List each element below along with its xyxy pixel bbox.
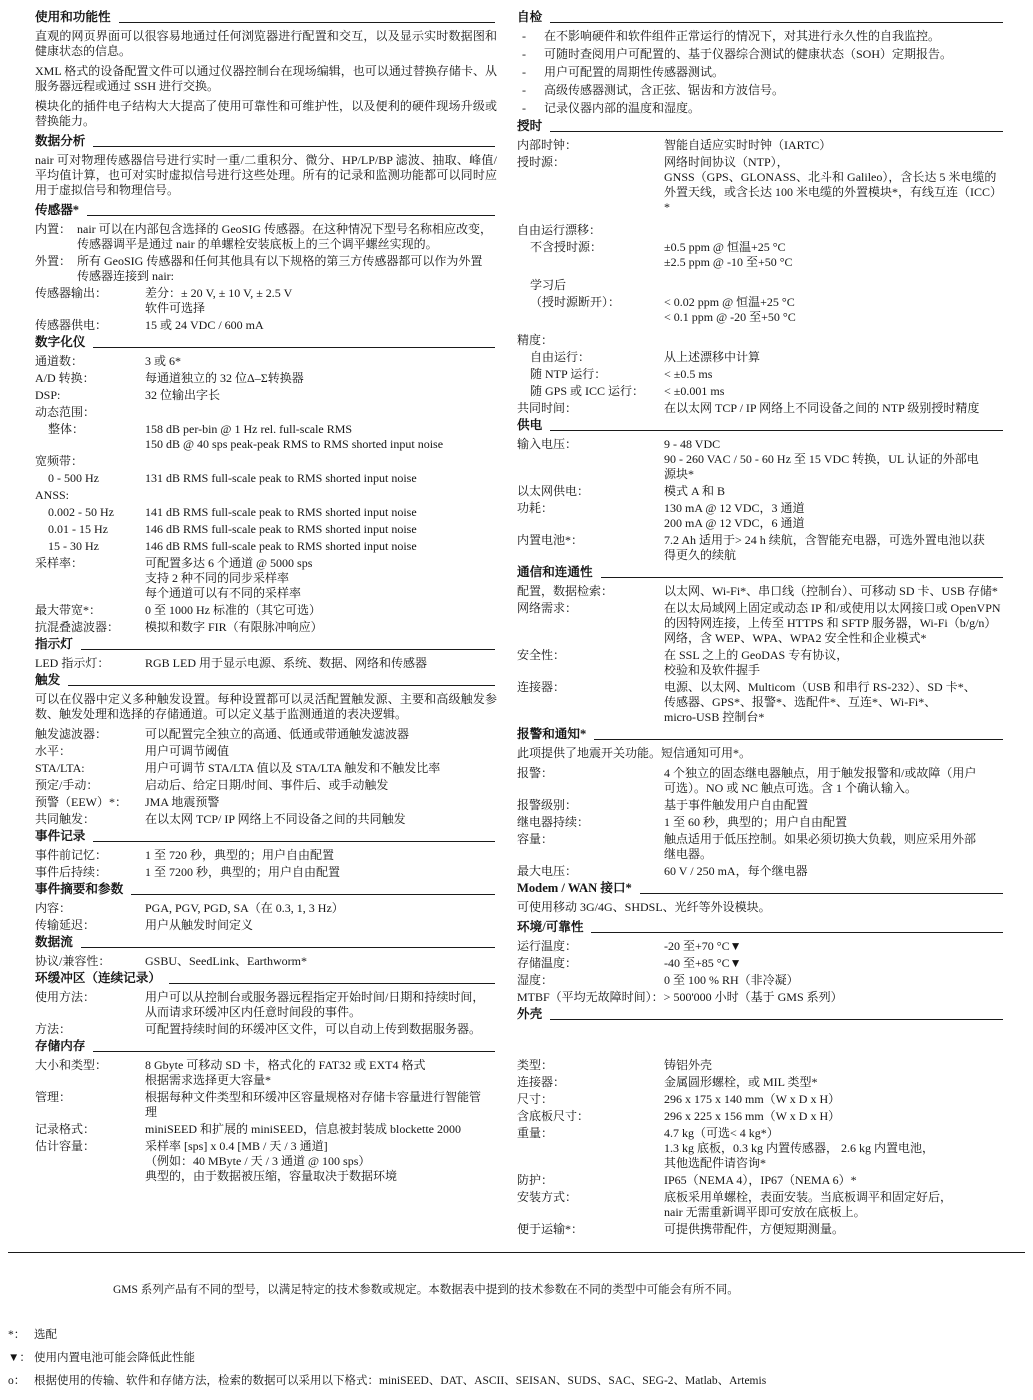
spec-value: 以太网、Wi-Fi*、串口线（控制台）、可移动 SD 卡、USB 存储* <box>664 584 1005 599</box>
spec-value: 1 至 720 秒，典型的；用户自由配置 <box>145 848 497 863</box>
spec-value-line: 其他选配件请咨询* <box>664 1156 1005 1171</box>
spec-label: 0.01 - 15 Hz <box>35 522 145 537</box>
spec-value: 1 至 7200 秒，典型的；用户自由配置 <box>145 865 497 880</box>
spec-row: 连接器：电源、以太网、Multicom（USB 和串行 RS-232）、SD 卡… <box>517 680 1005 725</box>
spec-value-line: 继电器。 <box>664 847 1005 862</box>
bullet-text: 用户可配置的周期性传感器测试。 <box>544 65 1005 80</box>
spec-row: 学习后 <box>517 278 1005 293</box>
spec-value <box>664 333 1005 348</box>
paragraph: XML 格式的设备配置文件可以通过仪器控制台在现场编辑，也可以通过替换存储卡、从… <box>35 64 497 94</box>
spec-label: 重量： <box>517 1126 664 1171</box>
spec-value: 在以太局域网上固定或动态 IP 和/或使用以太网接口或 OpenVPN的因特网连… <box>664 601 1005 646</box>
section-heading: 传感器* <box>35 203 497 218</box>
section-event-summary-parameters: 事件摘要和参数内容：PGA, PGV, PGD, SA（在 0.3, 1, 3 … <box>35 882 497 933</box>
spec-value-line: 1.3 kg 底板，0.3 kg 内置传感器， 2.6 kg 内置电池， <box>664 1141 1005 1156</box>
spec-row: 安全性：在 SSL 之上的 GeoDAS 专有协议，校验和及软件握手 <box>517 648 1005 678</box>
spec-label: 内置： <box>35 222 77 252</box>
spec-row: 内置电池*：7.2 Ah 适用于> 24 h 续航，含智能充电器，可选外置电池以… <box>517 533 1005 563</box>
spec-row: 防护：IP65（NEMA 4），IP67（NEMA 6）* <box>517 1173 1005 1188</box>
spec-value-line: 用户可调节 STA/LTA 值以及 STA/LTA 触发和不触发比率 <box>145 761 497 776</box>
section-alarms-notifications: 报警和通知*此项提供了地震开关功能。短信通知可用*。报警：4 个独立的固态继电器… <box>517 727 1005 879</box>
spec-label: 精度： <box>517 333 664 348</box>
spec-label: 管理： <box>35 1090 145 1120</box>
spec-label: 0.002 - 50 Hz <box>35 505 145 520</box>
spec-label: 传感器供电： <box>35 318 145 333</box>
spec-value-line: 90 - 260 VAC / 50 - 60 Hz 至 15 VDC 转换，UL… <box>664 452 1005 467</box>
section-rule <box>594 739 1003 740</box>
spec-label: 湿度： <box>517 973 664 988</box>
spec-value: 296 x 175 x 140 mm（W x D x H） <box>664 1092 1005 1107</box>
section-title: 授时 <box>517 119 542 134</box>
spec-row: 最大带宽*：0 至 1000 Hz 标准的（其它可选） <box>35 603 497 618</box>
bullet-dash-icon: - <box>517 83 544 98</box>
spec-value: 模拟和数字 FIR（有限脉冲响应） <box>145 620 497 635</box>
bullet-item: -高级传感器测试，含正弦、锯齿和方波信号。 <box>517 83 1005 98</box>
spec-label: 协议/兼容性： <box>35 954 145 969</box>
bullet-item: -可随时查阅用户可配置的、基于仪器综合测试的健康状态（SOH）定期报告。 <box>517 47 1005 62</box>
spec-label: 自由运行： <box>517 350 664 365</box>
bullet-dash-icon: - <box>517 65 544 80</box>
spec-value-line: 可配置持续时间的环缓冲区文件，可以自动上传到数据服务器。 <box>145 1022 497 1037</box>
spec-row: 传感器供电：15 或 24 VDC / 600 mA <box>35 318 497 333</box>
spec-label: 最大电压： <box>517 864 664 879</box>
spec-value-line: 得更久的续航 <box>664 548 1005 563</box>
section-heading: 使用和功能性 <box>35 10 497 25</box>
spec-row: 自由运行：从上述漂移中计算 <box>517 350 1005 365</box>
spec-value: 模式 A 和 B <box>664 484 1005 499</box>
spec-value-line: micro-USB 控制台* <box>664 710 1005 725</box>
spec-value-line: 0 至 1000 Hz 标准的（其它可选） <box>145 603 497 618</box>
bullet-dash-icon: - <box>517 101 544 116</box>
spec-value: GSBU、SeedLink、Earthworm* <box>145 954 497 969</box>
spec-value <box>664 278 1005 293</box>
footnote-symbol: *： <box>8 1329 34 1342</box>
section-self-check: 自检-在不影响硬件和软件组件正常运行的情况下，对其进行永久性的自我监控。-可随时… <box>517 10 1005 116</box>
footnote-formats: o： 根据使用的传输、软件和存储方法，检索的数据可以采用以下格式：miniSEE… <box>8 1375 1025 1388</box>
spec-label: 估计容量： <box>35 1139 145 1184</box>
spec-row: 网络需求：在以太局域网上固定或动态 IP 和/或使用以太网接口或 OpenVPN… <box>517 601 1005 646</box>
spec-value: 130 mA @ 12 VDC，3 通道200 mA @ 12 VDC，6 通道 <box>664 501 1005 531</box>
spec-value-line: 网络，含 WEP、WPA、WPA2 安全性和企业模式* <box>664 631 1005 646</box>
spec-row: 以太网供电：模式 A 和 B <box>517 484 1005 499</box>
section-modem-wan-interface: Modem / WAN 接口*可使用移动 3G/4G、SHDSL、光纤等外设模块… <box>517 881 1005 915</box>
spec-value-line: 软件可选择 <box>145 301 497 316</box>
spec-value: 0 至 1000 Hz 标准的（其它可选） <box>145 603 497 618</box>
spec-value: nair 可以在内部包含选择的 GeoSIG 传感器。在这种情况下型号名称相应改… <box>77 222 497 252</box>
spec-value-line: 传感器、GPS*、报警*、选配件*、互连*、Wi-Fi*、 <box>664 695 1005 710</box>
section-rule <box>93 146 495 147</box>
spec-row: 外置：所有 GeoSIG 传感器和任何其他具有以下规格的第三方传感器都可以作为外… <box>35 254 497 284</box>
section-data-streams: 数据流协议/兼容性：GSBU、SeedLink、Earthworm* <box>35 935 497 969</box>
section-rule <box>591 932 1003 933</box>
spec-label: A/D 转换： <box>35 371 145 386</box>
section-title: 报警和通知* <box>517 727 586 742</box>
section-title: 自检 <box>517 10 542 25</box>
spec-value: 4 个独立的固态继电器触点，用于触发报警和/或故障（用户可选）。NO 或 NC … <box>664 766 1005 796</box>
section-title: 事件摘要和参数 <box>35 882 123 897</box>
spec-value-line: < 0.1 ppm @ -20 至+50 °C <box>664 310 1005 325</box>
spec-row: 不含授时源：±0.5 ppm @ 恒温+25 °C±2.5 ppm @ -10 … <box>517 240 1005 270</box>
spec-label: 整体： <box>35 422 145 452</box>
spec-value: 可配置多达 6 个通道 @ 5000 sps支持 2 种不同的同步采样率每个通道… <box>145 556 497 601</box>
spec-label: 预警（EEW）*： <box>35 795 145 810</box>
section-environment-reliability: 环境/可靠性运行温度：-20 至+70 °C▼存储温度：-40 至+85 °C▼… <box>517 920 1005 1005</box>
section-heading: 指示灯 <box>35 637 497 652</box>
spec-value: 7.2 Ah 适用于> 24 h 续航，含智能充电器，可选外置电池以获得更久的续… <box>664 533 1005 563</box>
spec-value-line: 外置天线，或含长达 100 米电缆的外置模块*，有线互连（ICC）* <box>664 185 1005 215</box>
spec-row: 内容：PGA, PGV, PGD, SA（在 0.3, 1, 3 Hz） <box>35 901 497 916</box>
spec-value: 金属圆形螺栓，或 MIL 类型* <box>664 1075 1005 1090</box>
spec-label: （授时源断开）： <box>517 295 664 325</box>
spec-row: 方法：可配置持续时间的环缓冲区文件，可以自动上传到数据服务器。 <box>35 1022 497 1037</box>
spec-row: ANSS: <box>35 488 497 503</box>
spec-value: 146 dB RMS full-scale peak to RMS shorte… <box>145 539 497 554</box>
spec-row: 存储温度：-40 至+85 °C▼ <box>517 956 1005 971</box>
spec-row: 大小和类型：8 Gbyte 可移动 SD 卡，格式化的 FAT32 或 EXT4… <box>35 1058 497 1088</box>
spec-value-line: 支持 2 种不同的同步采样率 <box>145 571 497 586</box>
spec-columns: 使用和功能性直观的网页界面可以很容易地通过任何浏览器进行配置和交互，以及显示实时… <box>0 0 1033 1239</box>
spec-row: 共同触发：在以太网 TCP/ IP 网络上不同设备之间的共同触发 <box>35 812 497 827</box>
spec-row: 容量：触点适用于低压控制。如果必须切换大负载，则应采用外部继电器。 <box>517 832 1005 862</box>
bullet-item: -在不影响硬件和软件组件正常运行的情况下，对其进行永久性的自我监控。 <box>517 29 1005 44</box>
section-rule <box>81 947 495 948</box>
spec-value-line: 141 dB RMS full-scale peak to RMS shorte… <box>145 505 497 520</box>
section-heading: 外壳 <box>517 1007 1005 1022</box>
paragraph: 此项提供了地震开关功能。短信通知可用*。 <box>517 746 1005 761</box>
spec-value-line: 从上述漂移中计算 <box>664 350 1005 365</box>
spec-value-line: 的因特网连接，上传至 HTTPS 和 SFTP 服务器，Wi-Fi（b/g/n） <box>664 616 1005 631</box>
spec-value: 32 位输出字长 <box>145 388 497 403</box>
spec-row: 传感器输出：差分：± 20 V, ± 10 V, ± 2.5 V软件可选择 <box>35 286 497 316</box>
spec-label: 报警： <box>517 766 664 796</box>
spec-value-line: 在以太网 TCP / IP 网络上不同设备之间的 NTP 级别授时精度 <box>664 401 1005 416</box>
section-heading: 存储内存 <box>35 1039 497 1054</box>
section-title: 环境/可靠性 <box>517 920 583 935</box>
spec-value-line: 根据每种文件类型和环缓冲区容量规格对存储卡容量进行智能管 <box>145 1090 497 1105</box>
gms-series-note: GMS 系列产品有不同的型号，以满足特定的技术参数或规定。本数据表中提到的技术参… <box>113 1283 1025 1297</box>
spec-label: 内部时钟： <box>517 138 664 153</box>
footnote-optional: *： 选配 <box>8 1329 1025 1342</box>
bullet-text: 在不影响硬件和软件组件正常运行的情况下，对其进行永久性的自我监控。 <box>544 29 1005 44</box>
section-rule <box>93 1051 495 1052</box>
spec-row: 事件前记忆：1 至 720 秒，典型的；用户自由配置 <box>35 848 497 863</box>
spec-value-line: nair 无需重新调平即可安放在底板上。 <box>664 1205 1005 1220</box>
spec-label: 共同时间： <box>517 401 664 416</box>
spec-value-line: 296 x 175 x 140 mm（W x D x H） <box>664 1092 1005 1107</box>
spec-value-line: 130 mA @ 12 VDC，3 通道 <box>664 501 1005 516</box>
spec-value-line: 基于事件触发用户自由配置 <box>664 798 1005 813</box>
spec-value: 在以太网 TCP / IP 网络上不同设备之间的 NTP 级别授时精度 <box>664 401 1005 416</box>
spec-value-line: 150 dB @ 40 sps peak-peak RMS to RMS sho… <box>145 437 497 452</box>
bullet-text: 高级传感器测试，含正弦、锯齿和方波信号。 <box>544 83 1005 98</box>
spec-label: 外置： <box>35 254 77 284</box>
spec-row: 继电器持续：1 至 60 秒，典型的；用户自由配置 <box>517 815 1005 830</box>
spec-value-line: 3 或 6* <box>145 354 497 369</box>
spec-row: 动态范围： <box>35 405 497 420</box>
spec-value-line: 可配置多达 6 个通道 @ 5000 sps <box>145 556 497 571</box>
spec-label: 事件前记忆： <box>35 848 145 863</box>
spec-value-line: 从而请求环缓冲区内任意时间段的事件。 <box>145 1005 497 1020</box>
spec-value: 0 至 100 % RH（非冷凝） <box>664 973 1005 988</box>
spec-label: 安全性： <box>517 648 664 678</box>
spec-value <box>145 454 497 469</box>
spec-value <box>145 488 497 503</box>
spec-label: 内容： <box>35 901 145 916</box>
spec-row: 共同时间：在以太网 TCP / IP 网络上不同设备之间的 NTP 级别授时精度 <box>517 401 1005 416</box>
spec-value-line: 金属圆形螺栓，或 MIL 类型* <box>664 1075 1005 1090</box>
spec-value-line: 4.7 kg（可选< 4 kg*） <box>664 1126 1005 1141</box>
spec-label: 类型： <box>517 1058 664 1073</box>
spec-value: 可以配置完全独立的高通、低通或带通触发滤波器 <box>145 727 497 742</box>
section-title: 数字化仪 <box>35 335 85 350</box>
section-title: 存储内存 <box>35 1039 85 1054</box>
spec-label: STA/LTA: <box>35 761 145 776</box>
spec-value-line: 60 V / 250 mA，每个继电器 <box>664 864 1005 879</box>
spec-value-line: 差分：± 20 V, ± 10 V, ± 2.5 V <box>145 286 497 301</box>
spec-value-line: 146 dB RMS full-scale peak to RMS shorte… <box>145 522 497 537</box>
spacer <box>517 1026 1005 1058</box>
spec-label: 输入电压： <box>517 437 664 482</box>
section-storage-memory: 存储内存大小和类型：8 Gbyte 可移动 SD 卡，格式化的 FAT32 或 … <box>35 1039 497 1184</box>
spec-label: 抗混叠滤波器： <box>35 620 145 635</box>
spec-value: 触点适用于低压控制。如果必须切换大负载，则应采用外部继电器。 <box>664 832 1005 862</box>
spec-label: 防护： <box>517 1173 664 1188</box>
spec-value-line: 模式 A 和 B <box>664 484 1005 499</box>
bullet-dash-icon: - <box>517 29 544 44</box>
section-title: 通信和连通性 <box>517 565 593 580</box>
section-timing: 授时内部时钟：智能自适应实时时钟（IARTC）授时源：网络时间协议（NTP），G… <box>517 119 1005 416</box>
spec-label: 方法： <box>35 1022 145 1037</box>
spec-value: 15 或 24 VDC / 600 mA <box>145 318 497 333</box>
spec-value: RGB LED 用于显示电源、系统、数据、网络和传感器 <box>145 656 497 671</box>
section-triggering: 触发可以在仪器中定义多种触发设置。每种设置都可以灵活配置触发源、主要和高级触发参… <box>35 673 497 827</box>
spec-value: miniSEED 和扩展的 miniSEED，信息被封装成 blockette … <box>145 1122 497 1137</box>
spec-value: 在 SSL 之上的 GeoDAS 专有协议，校验和及软件握手 <box>664 648 1005 678</box>
spec-value-line: 源块* <box>664 467 1005 482</box>
spec-row: 管理：根据每种文件类型和环缓冲区容量规格对存储卡容量进行智能管理 <box>35 1090 497 1120</box>
spec-label: 动态范围： <box>35 405 145 420</box>
spec-value-line: 每个通道可以有不同的采样率 <box>145 586 497 601</box>
spec-label: 采样率： <box>35 556 145 601</box>
footnote-symbol: ▼： <box>8 1352 34 1365</box>
section-title: 触发 <box>35 673 60 688</box>
datasheet-page: 使用和功能性直观的网页界面可以很容易地通过任何浏览器进行配置和交互，以及显示实时… <box>0 0 1033 1400</box>
spec-label: 记录格式： <box>35 1122 145 1137</box>
spec-row: 整体：158 dB per-bin @ 1 Hz rel. full-scale… <box>35 422 497 452</box>
spec-value: 9 - 48 VDC90 - 260 VAC / 50 - 60 Hz 至 15… <box>664 437 1005 482</box>
footnote-battery: ▼： 使用内置电池可能会降低此性能 <box>8 1352 1025 1365</box>
section-data-analysis: 数据分析nair 可对物理传感器信号进行实时一重/二重积分、微分、HP/LP/B… <box>35 134 497 198</box>
spec-value-line: 采样率 [sps] x 0.4 [MB / 天 / 3 通道] <box>145 1139 497 1154</box>
spec-value-line: PGA, PGV, PGD, SA（在 0.3, 1, 3 Hz） <box>145 901 497 916</box>
spec-value-line: IP65（NEMA 4），IP67（NEMA 6）* <box>664 1173 1005 1188</box>
spec-value-line: 0 至 100 % RH（非冷凝） <box>664 973 1005 988</box>
spec-row: 输入电压：9 - 48 VDC90 - 260 VAC / 50 - 60 Hz… <box>517 437 1005 482</box>
spec-value-line: 启动后、给定日期/时间、事件后、或手动触发 <box>145 778 497 793</box>
spec-value-line: < ±0.001 ms <box>664 384 1005 399</box>
spec-row: LED 指示灯：RGB LED 用于显示电源、系统、数据、网络和传感器 <box>35 656 497 671</box>
spec-row: 内部时钟：智能自适应实时时钟（IARTC） <box>517 138 1005 153</box>
spec-label: 随 NTP 运行： <box>517 367 664 382</box>
spec-label: 事件后持续： <box>35 865 145 880</box>
spec-label: ANSS: <box>35 488 145 503</box>
spec-row: 记录格式：miniSEED 和扩展的 miniSEED，信息被封装成 block… <box>35 1122 497 1137</box>
spec-value-line: 32 位输出字长 <box>145 388 497 403</box>
spec-label: 预定/手动： <box>35 778 145 793</box>
footnote-text: 选配 <box>34 1329 1025 1342</box>
spec-value-line: 每通道独立的 32 位Δ–Σ转换器 <box>145 371 497 386</box>
spec-row: STA/LTA:用户可调节 STA/LTA 值以及 STA/LTA 触发和不触发… <box>35 761 497 776</box>
spec-row: 连接器：金属圆形螺栓，或 MIL 类型* <box>517 1075 1005 1090</box>
spec-value-line: 校验和及软件握手 <box>664 663 1005 678</box>
spec-label: 不含授时源： <box>517 240 664 270</box>
bullet-dash-icon: - <box>517 47 544 62</box>
spec-label: 以太网供电： <box>517 484 664 499</box>
spec-value: < ±0.001 ms <box>664 384 1005 399</box>
spec-value: 网络时间协议（NTP），GNSS（GPS、GLONASS、北斗和 Galileo… <box>664 155 1005 215</box>
spec-value-line: 根据需求选择更大容量* <box>145 1073 497 1088</box>
spec-value-line: < ±0.5 ms <box>664 367 1005 382</box>
right-column: 自检-在不影响硬件和软件组件正常运行的情况下，对其进行永久性的自我监控。-可随时… <box>517 8 1005 1239</box>
spec-value-line: 传感器连接到 nair: <box>77 269 497 284</box>
footnote-symbol: o： <box>8 1375 34 1388</box>
spec-row: 0.002 - 50 Hz141 dB RMS full-scale peak … <box>35 505 497 520</box>
spec-label: 授时源： <box>517 155 664 215</box>
spec-label: 容量： <box>517 832 664 862</box>
spec-value-line: 15 或 24 VDC / 600 mA <box>145 318 497 333</box>
spec-value-line: 所有 GeoSIG 传感器和任何其他具有以下规格的第三方传感器都可以作为外置 <box>77 254 497 269</box>
spec-label: 触发滤波器： <box>35 727 145 742</box>
left-column: 使用和功能性直观的网页界面可以很容易地通过任何浏览器进行配置和交互，以及显示实时… <box>35 8 497 1186</box>
section-digitizer: 数字化仪通道数：3 或 6*A/D 转换：每通道独立的 32 位Δ–Σ转换器DS… <box>35 335 497 635</box>
spec-row: 0 - 500 Hz131 dB RMS full-scale peak to … <box>35 471 497 486</box>
spec-row: 湿度：0 至 100 % RH（非冷凝） <box>517 973 1005 988</box>
spec-row: 宽频带： <box>35 454 497 469</box>
spec-value-line: 1 至 7200 秒，典型的；用户自由配置 <box>145 865 497 880</box>
section-rule <box>169 983 495 984</box>
section-title: Modem / WAN 接口* <box>517 881 632 896</box>
section-power-supply: 供电输入电压：9 - 48 VDC90 - 260 VAC / 50 - 60 … <box>517 418 1005 563</box>
section-heading: Modem / WAN 接口* <box>517 881 1005 896</box>
spec-value: JMA 地震预警 <box>145 795 497 810</box>
paragraph: 可使用移动 3G/4G、SHDSL、光纤等外设模块。 <box>517 900 1005 915</box>
spec-value: 启动后、给定日期/时间、事件后、或手动触发 <box>145 778 497 793</box>
spec-label: 尺寸： <box>517 1092 664 1107</box>
spec-value-line: 底板采用单螺栓，表面安装。当底板调平和固定好后， <box>664 1190 1005 1205</box>
spec-value-line: 在 SSL 之上的 GeoDAS 专有协议， <box>664 648 1005 663</box>
section-rule <box>119 22 495 23</box>
spec-row: 估计容量：采样率 [sps] x 0.4 [MB / 天 / 3 通道]（例如：… <box>35 1139 497 1184</box>
spec-value: 146 dB RMS full-scale peak to RMS shorte… <box>145 522 497 537</box>
section-title: 指示灯 <box>35 637 73 652</box>
spec-value: 141 dB RMS full-scale peak to RMS shorte… <box>145 505 497 520</box>
spec-row: 15 - 30 Hz146 dB RMS full-scale peak to … <box>35 539 497 554</box>
section-heading: 自检 <box>517 10 1005 25</box>
section-title: 事件记录 <box>35 829 85 844</box>
spec-value-line: 用户从触发时间定义 <box>145 918 497 933</box>
spec-row: 使用方法：用户可以从控制台或服务器远程指定开始时间/日期和持续时间，从而请求环缓… <box>35 990 497 1020</box>
section-heading: 数据分析 <box>35 134 497 149</box>
spec-label: 传输延迟： <box>35 918 145 933</box>
spec-row: 自由运行漂移： <box>517 223 1005 238</box>
spec-value-line: 158 dB per-bin @ 1 Hz rel. full-scale RM… <box>145 422 497 437</box>
spec-row: 配置，数据检索：以太网、Wi-Fi*、串口线（控制台）、可移动 SD 卡、USB… <box>517 584 1005 599</box>
spec-value-line: ±0.5 ppm @ 恒温+25 °C <box>664 240 1005 255</box>
paragraph: 模块化的插件电子结构大大提高了使用可靠性和可维护性，以及便利的硬件现场升级或替换… <box>35 99 497 129</box>
spec-value-line: 131 dB RMS full-scale peak to RMS shorte… <box>145 471 497 486</box>
spec-value-line: 在以太网 TCP/ IP 网络上不同设备之间的共同触发 <box>145 812 497 827</box>
section-rule <box>601 577 1003 578</box>
paragraph: 直观的网页界面可以很容易地通过任何浏览器进行配置和交互，以及显示实时数据图和健康… <box>35 29 497 59</box>
spec-value: 60 V / 250 mA，每个继电器 <box>664 864 1005 879</box>
footer-divider <box>8 1252 1025 1253</box>
spec-label: DSP: <box>35 388 145 403</box>
spec-label: 共同触发： <box>35 812 145 827</box>
spec-label: 使用方法： <box>35 990 145 1020</box>
spec-value: IP65（NEMA 4），IP67（NEMA 6）* <box>664 1173 1005 1188</box>
section-rule <box>550 22 1003 23</box>
spec-value: 每通道独立的 32 位Δ–Σ转换器 <box>145 371 497 386</box>
spec-value-line: < 0.02 ppm @ 恒温+25 °C <box>664 295 1005 310</box>
spec-value: 4.7 kg（可选< 4 kg*）1.3 kg 底板，0.3 kg 内置传感器，… <box>664 1126 1005 1171</box>
spec-label: 随 GPS 或 ICC 运行： <box>517 384 664 399</box>
spec-row: 触发滤波器：可以配置完全独立的高通、低通或带通触发滤波器 <box>35 727 497 742</box>
spec-value-line: 9 - 48 VDC <box>664 437 1005 452</box>
spec-row: 报警级别：基于事件触发用户自由配置 <box>517 798 1005 813</box>
section-rule <box>93 841 495 842</box>
spec-value-line: nair 可以在内部包含选择的 GeoSIG 传感器。在这种情况下型号名称相应改… <box>77 222 497 237</box>
spec-label: 通道数： <box>35 354 145 369</box>
spec-value-line: 可以配置完全独立的高通、低通或带通触发滤波器 <box>145 727 497 742</box>
spec-value-line: GNSS（GPS、GLONASS、北斗和 Galileo），含长达 5 米电缆的 <box>664 170 1005 185</box>
spec-row: 协议/兼容性：GSBU、SeedLink、Earthworm* <box>35 954 497 969</box>
spec-value-line: 1 至 60 秒，典型的；用户自由配置 <box>664 815 1005 830</box>
spec-row: 报警：4 个独立的固态继电器触点，用于触发报警和/或故障（用户可选）。NO 或 … <box>517 766 1005 796</box>
section-heading: 数字化仪 <box>35 335 497 350</box>
spec-label: 功耗： <box>517 501 664 531</box>
spec-label: 0 - 500 Hz <box>35 471 145 486</box>
spec-value: 用户可调节 STA/LTA 值以及 STA/LTA 触发和不触发比率 <box>145 761 497 776</box>
spec-value: 在以太网 TCP/ IP 网络上不同设备之间的共同触发 <box>145 812 497 827</box>
spec-row: 预警（EEW）*：JMA 地震预警 <box>35 795 497 810</box>
spec-value-line: 146 dB RMS full-scale peak to RMS shorte… <box>145 539 497 554</box>
spec-value-line: JMA 地震预警 <box>145 795 497 810</box>
spec-label: 宽频带： <box>35 454 145 469</box>
section-rule <box>68 685 495 686</box>
spec-value: 用户从触发时间定义 <box>145 918 497 933</box>
spec-row: 水平：用户可调节阈值 <box>35 744 497 759</box>
spec-label: 学习后 <box>517 278 664 293</box>
spec-value-line: 传感器调平是通过 nair 的单螺栓安装底板上的三个调平螺丝实现的。 <box>77 237 497 252</box>
section-heading: 通信和连通性 <box>517 565 1005 580</box>
spec-row: 便于运输*：可提供携带配件，方便短期测量。 <box>517 1222 1005 1237</box>
spec-label: 最大带宽*： <box>35 603 145 618</box>
spec-value-line: 铸铝外壳 <box>664 1058 1005 1073</box>
spec-label: 继电器持续： <box>517 815 664 830</box>
spec-value-line: 触点适用于低压控制。如果必须切换大负载，则应采用外部 <box>664 832 1005 847</box>
spec-value: PGA, PGV, PGD, SA（在 0.3, 1, 3 Hz） <box>145 901 497 916</box>
spec-row: 随 GPS 或 ICC 运行：< ±0.001 ms <box>517 384 1005 399</box>
spec-value-line: 4 个独立的固态继电器触点，用于触发报警和/或故障（用户 <box>664 766 1005 781</box>
spec-value-line: 8 Gbyte 可移动 SD 卡，格式化的 FAT32 或 EXT4 格式 <box>145 1058 497 1073</box>
section-heading: 环境/可靠性 <box>517 920 1005 935</box>
spec-value-line: RGB LED 用于显示电源、系统、数据、网络和传感器 <box>145 656 497 671</box>
spec-row: （授时源断开）：< 0.02 ppm @ 恒温+25 °C< 0.1 ppm @… <box>517 295 1005 325</box>
spec-value-line: 200 mA @ 12 VDC，6 通道 <box>664 516 1005 531</box>
spec-value: 基于事件触发用户自由配置 <box>664 798 1005 813</box>
spec-row: A/D 转换：每通道独立的 32 位Δ–Σ转换器 <box>35 371 497 386</box>
spec-row: 预定/手动：启动后、给定日期/时间、事件后、或手动触发 <box>35 778 497 793</box>
